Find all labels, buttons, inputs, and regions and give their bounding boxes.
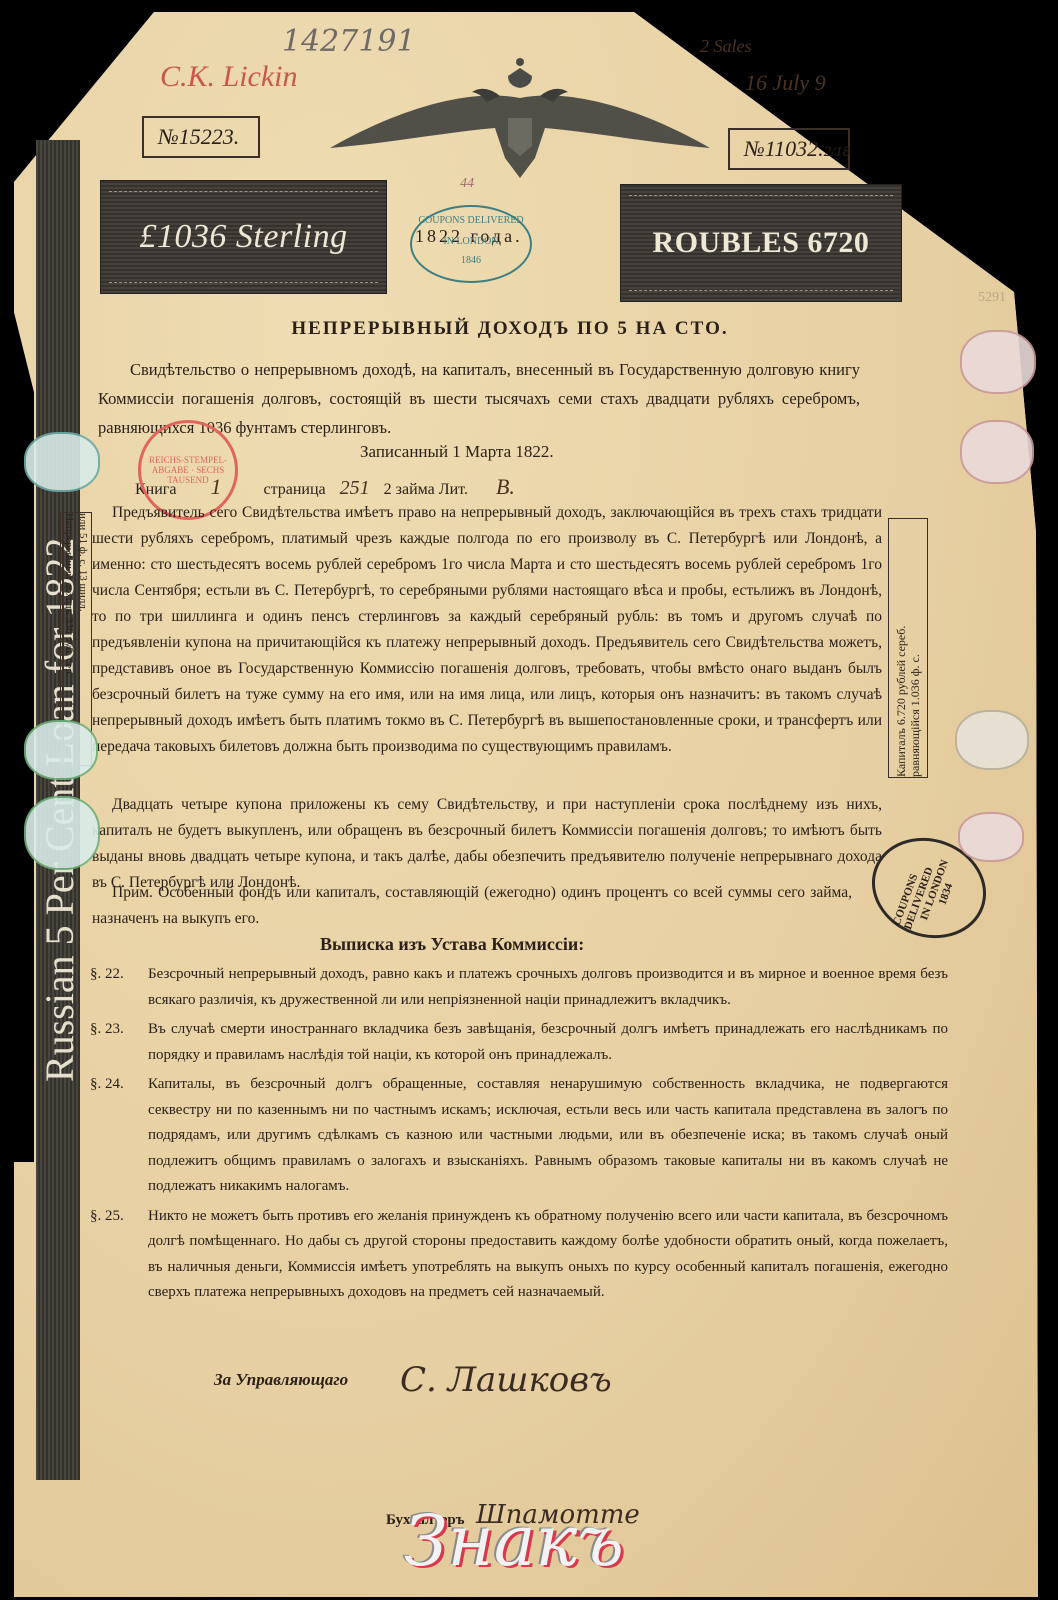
extract-title: Выписка изъ Устава Коммиссіи: [320,934,584,955]
section-number: §. 22. [90,962,148,988]
main-paragraph-1: Предъявитель сего Свидѣтельства имѣетъ п… [92,500,882,760]
section-text: Безсрочный непрерывный доходъ, равно как… [148,966,948,1008]
stamp-line: IN LONDON [412,236,530,247]
sales-note-2: 16 July 9 [745,70,826,96]
plate-sterling: £1036 Sterling [100,180,387,294]
punch-hole [960,420,1034,484]
right-box-line-1: Капиталъ 6.720 рублей сереб. [894,519,908,777]
document-title: НЕПРЕРЫВНЫЙ ДОХОДЪ ПО 5 НА СТО. [140,318,880,340]
plate-roubles-text: ROUBLES 6720 [653,226,870,260]
section-22: §. 22.Безсрочный непрерывный доходъ, рав… [148,962,948,1013]
right-box-line-2: равняющійся 1.036 ф. с. [908,519,922,777]
red-stamp-text: REICHS-STEMPEL-ABGABE · SECHS TAUSEND [141,455,235,485]
section-23: §. 23.Въ случаѣ смерти иностраннаго вкла… [148,1017,948,1068]
red-handwriting: C.K. Lickin [160,60,298,94]
section-number: §. 25. [90,1204,148,1230]
stamp-line: 1846 [412,255,530,266]
punch-hole [24,432,100,492]
serial-right-suffix: 2/18 [824,144,851,160]
punch-hole [24,796,100,870]
pencil-mark-center: 44 [460,176,474,192]
stamp-line: COUPONS DELIVERED [412,215,530,226]
section-24: §. 24.Капиталы, въ безсрочный долгъ обра… [148,1072,948,1200]
page-label: страница [263,481,325,498]
plate-sterling-text: £1036 Sterling [139,218,347,256]
section-number: §. 24. [90,1072,148,1098]
serial-right-number: №11032. [744,136,824,161]
double-headed-eagle-icon [320,48,720,188]
sections-list: §. 22.Безсрочный непрерывный доходъ, рав… [148,962,948,1306]
section-number: §. 23. [90,1017,148,1043]
punch-hole [24,720,98,780]
right-vertical-box: Капиталъ 6.720 рублей сереб. равняющійся… [888,518,928,778]
loan-label: 2 займа Лит. [384,481,468,498]
manager-signature-label: За Управляющаго [214,1370,348,1390]
section-text: Капиталы, въ безсрочный долгъ обращенные… [148,1076,948,1194]
punch-hole [960,330,1036,394]
punch-hole [958,812,1024,862]
section-text: Никто не можетъ быть противъ его желанія… [148,1208,948,1301]
section-25: §. 25.Никто не можетъ быть противъ его ж… [148,1204,948,1306]
recorded-date: Записанный 1 Марта 1822. [360,442,554,462]
plate-roubles: ROUBLES 6720 [620,184,902,302]
serial-left: №15223. [142,116,260,158]
section-text: Въ случаѣ смерти иностраннаго вкладчика … [148,1021,948,1063]
watermark-logo: Знакъ [404,1500,624,1582]
punch-hole [955,710,1029,770]
serial-right: №11032.2/18 [728,128,850,170]
manager-signature: С. Лашковъ [400,1360,612,1400]
loan-value: B. [496,474,515,499]
page-value: 251 [340,477,370,499]
main-note: Прим. Особенный фондъ или капиталъ, сост… [92,880,852,932]
coupons-delivered-stamp-1846: COUPONS DELIVERED IN LONDON 1846 [410,205,532,283]
faint-corner-number: 5291 [978,290,1006,306]
